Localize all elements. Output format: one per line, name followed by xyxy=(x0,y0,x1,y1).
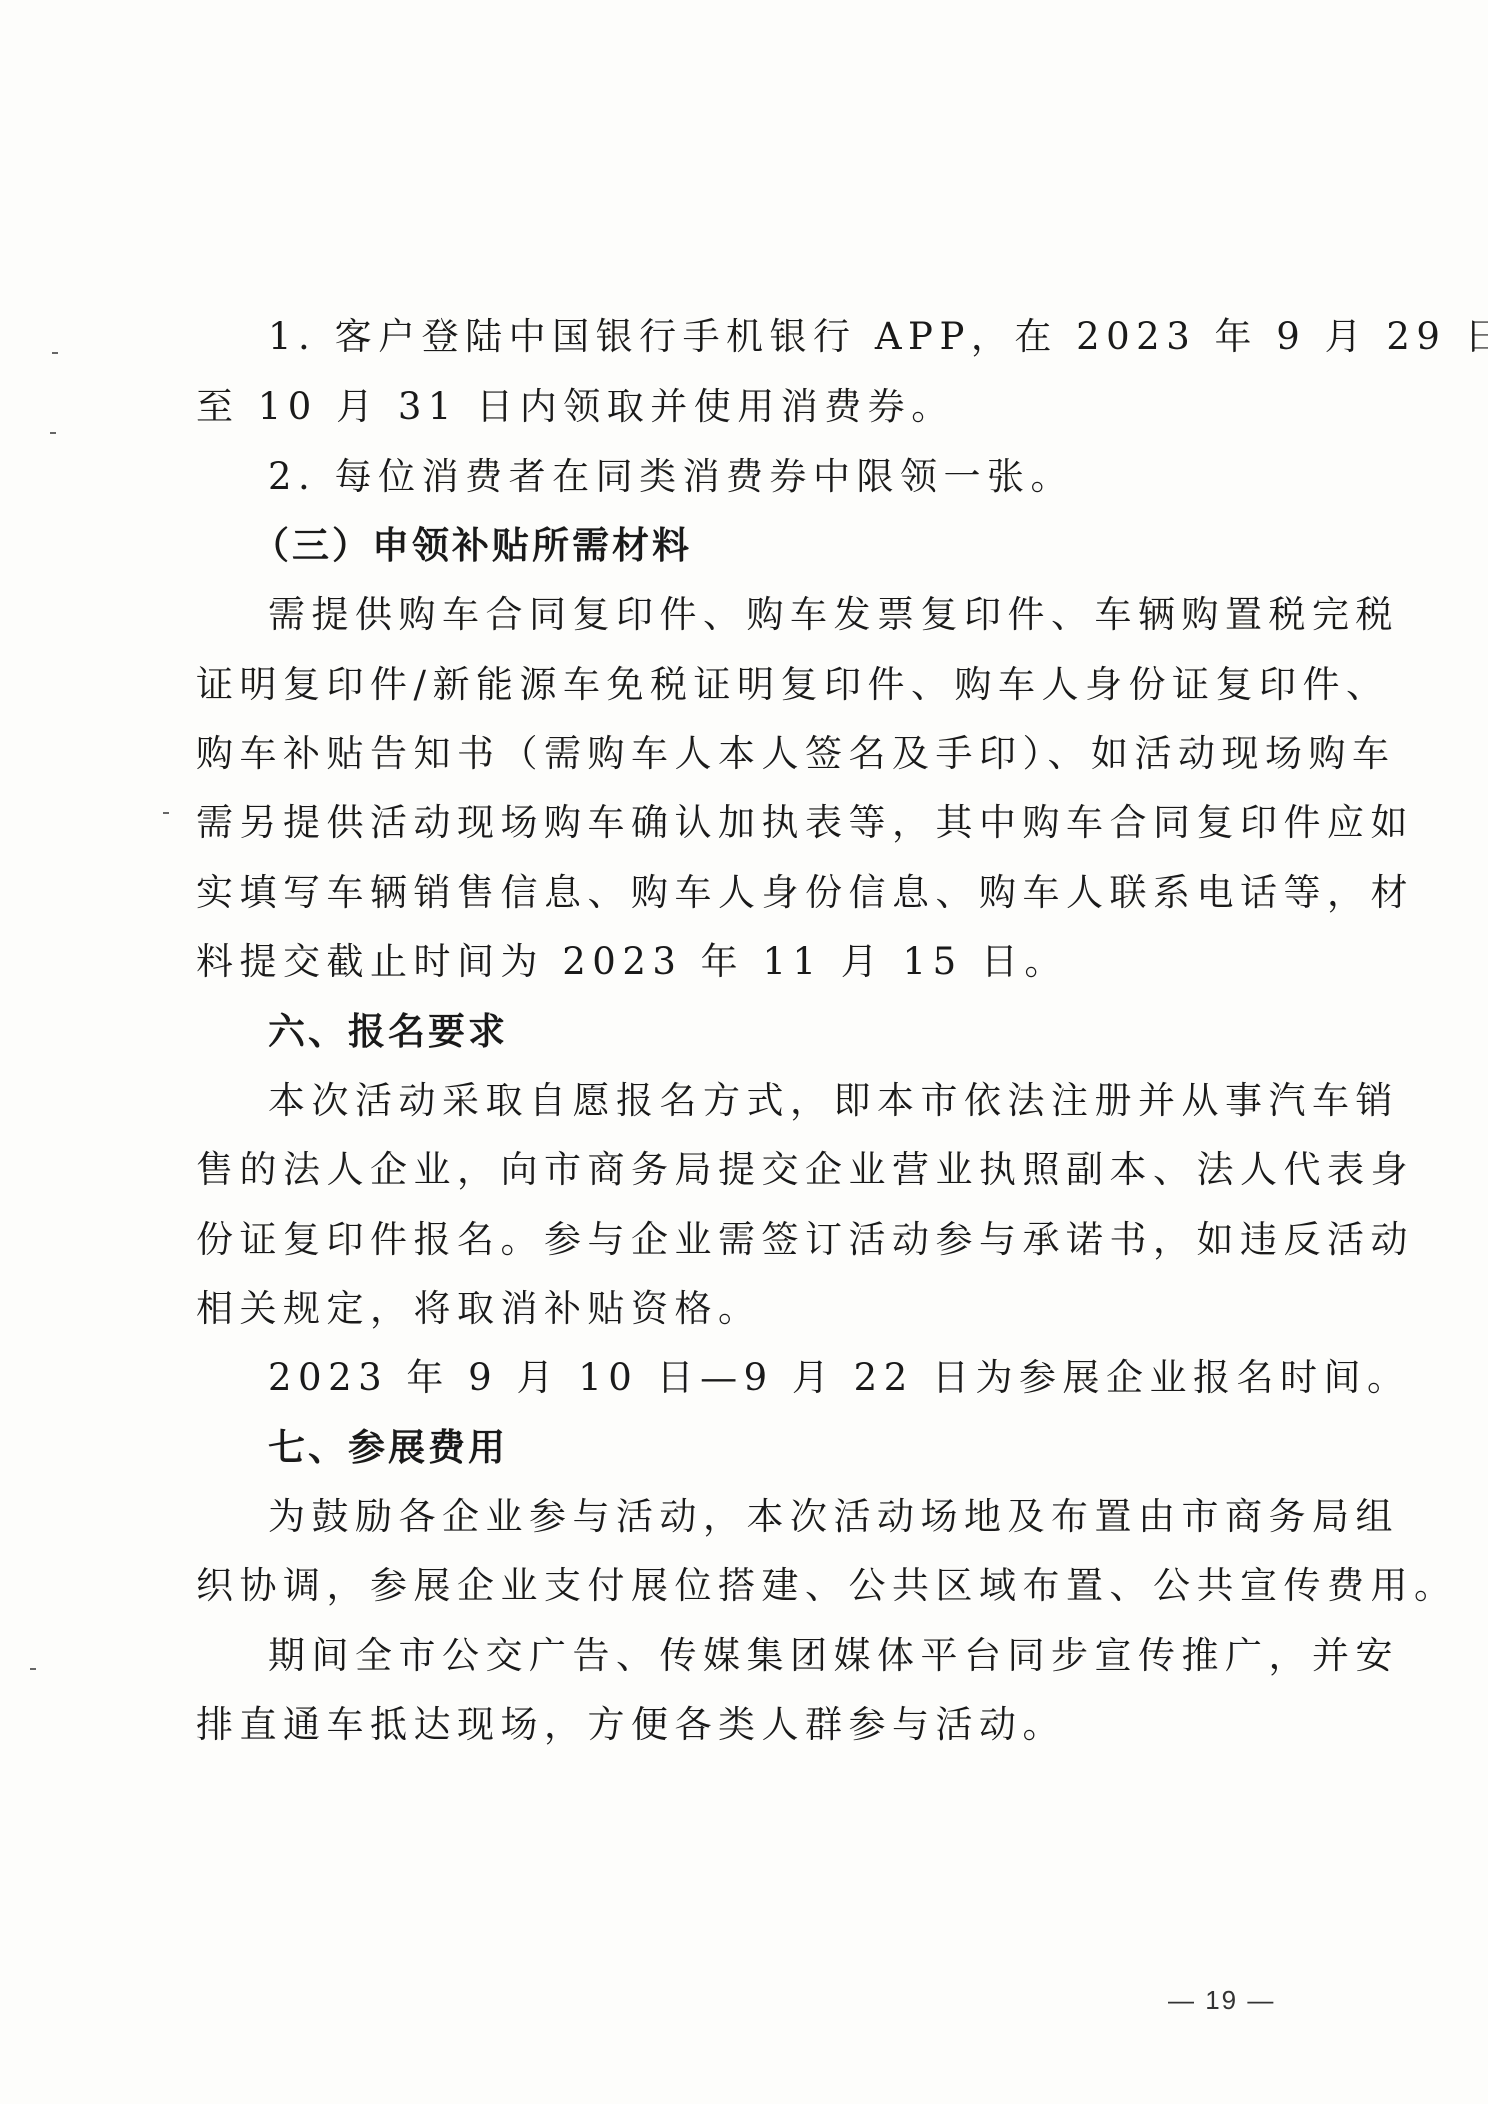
section-heading-materials: （三）申领补贴所需材料 xyxy=(252,527,692,564)
section-heading-fees: 七、参展费用 xyxy=(268,1429,508,1466)
paragraph-line: 实填写车辆销售信息、购车人身份信息、购车人联系电话等，材 xyxy=(196,874,1414,911)
list-item-1: 1. 客户登陆中国银行手机银行 APP，在 2023 年 9 月 29 日 xyxy=(268,318,1488,355)
scan-mark xyxy=(30,1668,36,1670)
paragraph-line: 织协调，参展企业支付展位搭建、公共区域布置、公共宣传费用。 xyxy=(196,1567,1458,1604)
scan-mark xyxy=(50,432,56,434)
paragraph-line: 为鼓励各企业参与活动，本次活动场地及布置由市商务局组 xyxy=(268,1498,1399,1535)
paragraph-line: 需提供购车合同复印件、购车发票复印件、车辆购置税完税 xyxy=(268,596,1399,633)
paragraph-line: 购车补贴告知书（需购车人本人签名及手印）、如活动现场购车 xyxy=(196,735,1396,772)
paragraph-line: 料提交截止时间为 2023 年 11 月 15 日。 xyxy=(196,943,1068,980)
paragraph-line: 证明复印件/新能源车免税证明复印件、购车人身份证复印件、 xyxy=(196,666,1389,703)
paragraph-line: 本次活动采取自愿报名方式，即本市依法注册并从事汽车销 xyxy=(268,1082,1399,1119)
paragraph-line: 售的法人企业，向市商务局提交企业营业执照副本、法人代表身 xyxy=(196,1151,1414,1188)
section-heading-registration: 六、报名要求 xyxy=(268,1013,508,1050)
scan-mark xyxy=(52,352,58,354)
page-number: — 19 — xyxy=(1168,1985,1275,2016)
list-item-1-cont: 至 10 月 31 日内领取并使用消费券。 xyxy=(196,388,955,425)
paragraph-line: 相关规定，将取消补贴资格。 xyxy=(196,1290,762,1327)
list-item-2: 2. 每位消费者在同类消费券中限领一张。 xyxy=(268,458,1074,495)
registration-period: 2023 年 9 月 10 日—9 月 22 日为参展企业报名时间。 xyxy=(268,1359,1411,1396)
paragraph-line: 需另提供活动现场购车确认加执表等，其中购车合同复印件应如 xyxy=(196,804,1414,841)
paragraph-line: 排直通车抵达现场，方便各类人群参与活动。 xyxy=(196,1706,1066,1743)
paragraph-line: 期间全市公交广告、传媒集团媒体平台同步宣传推广，并安 xyxy=(268,1637,1399,1674)
scan-mark xyxy=(163,812,169,814)
paragraph-line: 份证复印件报名。参与企业需签订活动参与承诺书，如违反活动 xyxy=(196,1221,1414,1258)
